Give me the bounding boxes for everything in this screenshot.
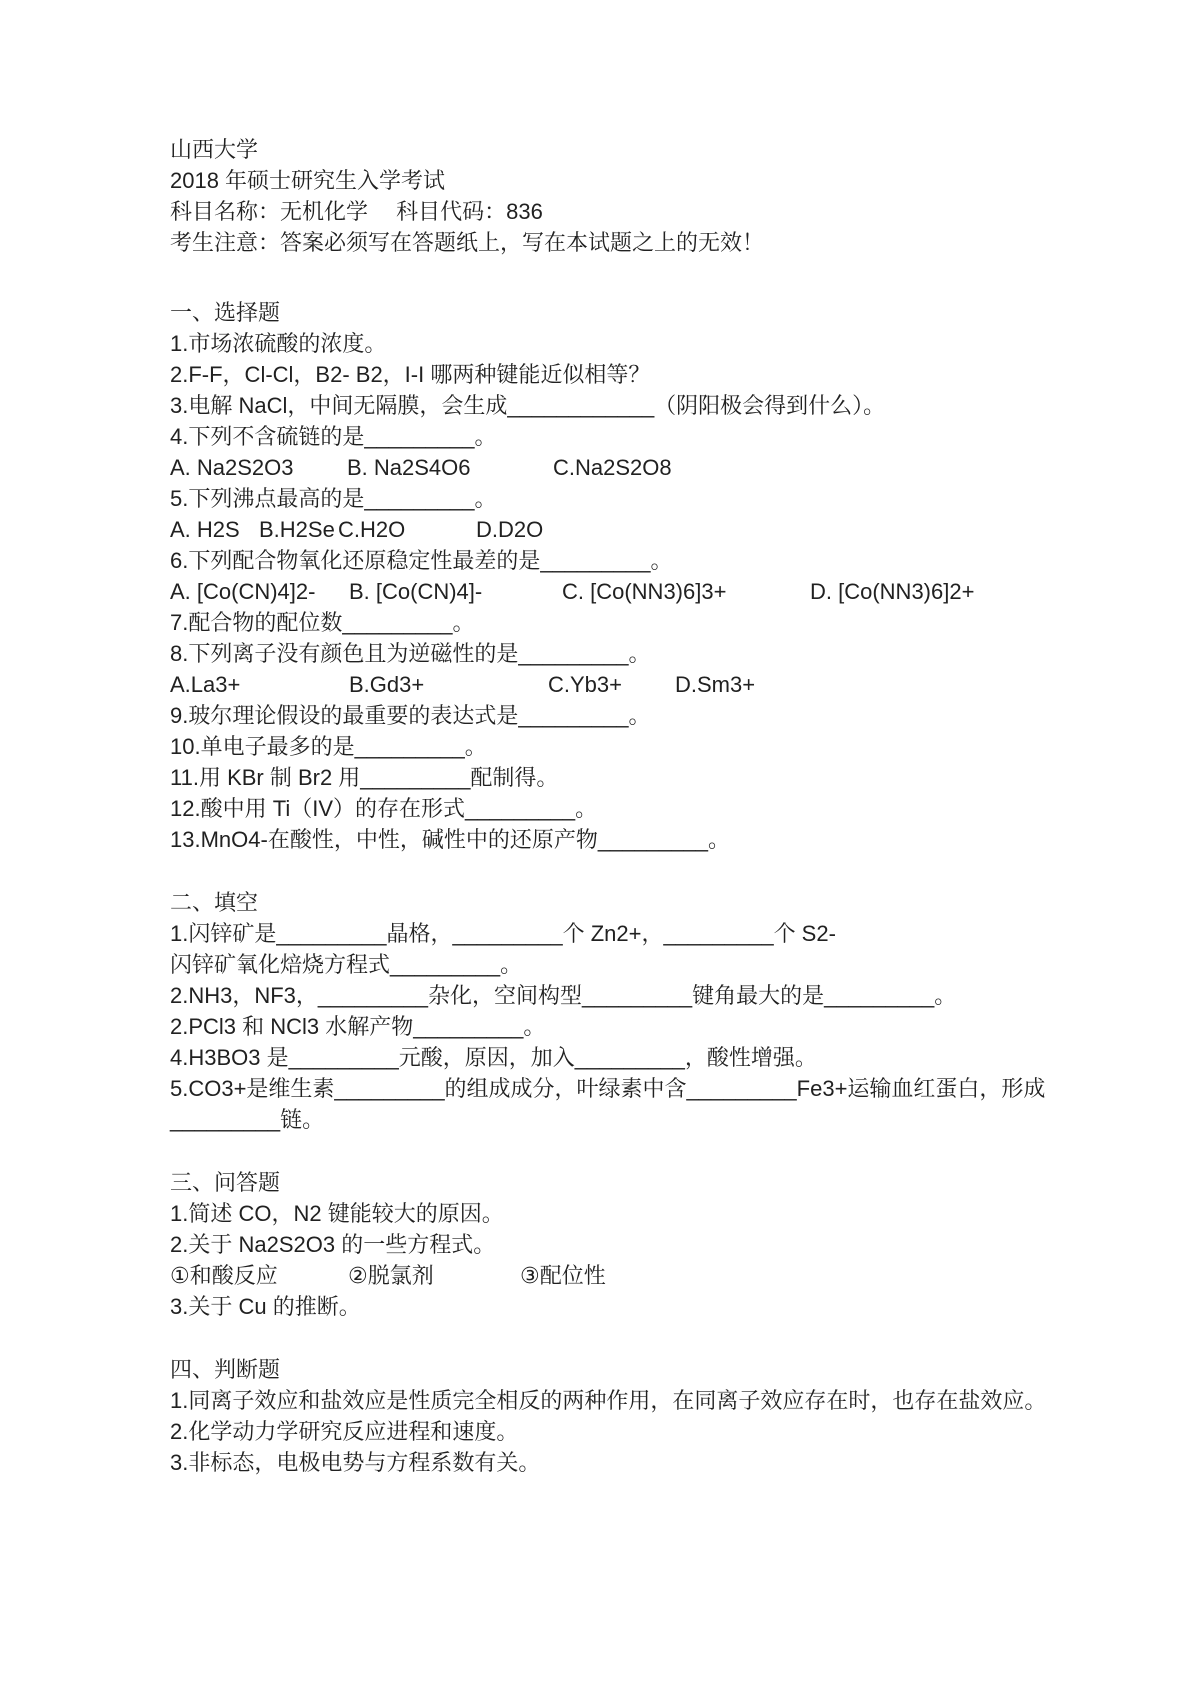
option-b: B. Na2S4O6 xyxy=(347,452,553,483)
s1-question-2: 2.F-F，Cl-Cl，B2- B2，I-I 哪两种键能近似相等？ xyxy=(170,359,1160,390)
s1-question-8-options: A.La3+B.Gd3+C.Yb3+D.Sm3+ xyxy=(170,669,1160,700)
section2-title: 二、填空 xyxy=(170,887,1160,918)
subject-name-and-code: 科目名称：无机化学 科目代码：836 xyxy=(170,196,1160,227)
section4-title: 四、判断题 xyxy=(170,1354,1160,1385)
option-b: B. [Co(CN)4]- xyxy=(349,576,562,607)
s1-question-6-options: A. [Co(CN)4]2-B. [Co(CN)4]-C. [Co(NN3)6]… xyxy=(170,576,1160,607)
s1-question-9: 9.玻尔理论假设的最重要的表达式是_________。 xyxy=(170,700,1160,731)
s2-question-5-line2: _________链。 xyxy=(170,1104,1160,1135)
option-b: B.H2Se xyxy=(259,514,338,545)
s3-question-2-subparts: ①和酸反应②脱氯剂③配位性 xyxy=(170,1260,1160,1291)
option-d: D. [Co(NN3)6]2+ xyxy=(810,576,974,607)
section1-title: 一、选择题 xyxy=(170,297,1160,328)
s2-question-1-line1: 1.闪锌矿是_________晶格，_________个 Zn2+，______… xyxy=(170,918,1160,949)
s4-question-2: 2.化学动力学研究反应进程和速度。 xyxy=(170,1416,1160,1447)
s1-question-12: 12.酸中用 Ti（IV）的存在形式_________。 xyxy=(170,793,1160,824)
s1-question-8: 8.下列离子没有颜色且为逆磁性的是_________。 xyxy=(170,638,1160,669)
option-a: A.La3+ xyxy=(170,669,349,700)
s1-question-1: 1.市场浓硫酸的浓度。 xyxy=(170,328,1160,359)
s1-question-13: 13.MnO4-在酸性，中性，碱性中的还原产物_________。 xyxy=(170,824,1160,855)
section3-title: 三、问答题 xyxy=(170,1167,1160,1198)
option-d: D.Sm3+ xyxy=(675,669,755,700)
candidate-notice: 考生注意：答案必须写在答题纸上，写在本试题之上的无效！ xyxy=(170,227,1160,258)
s1-question-7: 7.配合物的配位数_________。 xyxy=(170,607,1160,638)
s1-question-5-options: A. H2SB.H2SeC.H2OD.D2O xyxy=(170,514,1160,545)
option-a: A. [Co(CN)4]2- xyxy=(170,576,349,607)
s1-question-4-options: A. Na2S2O3B. Na2S4O6C.Na2S2O8 xyxy=(170,452,1160,483)
option-d: D.D2O xyxy=(476,514,543,545)
s1-question-3: 3.电解 NaCl，中间无隔膜，会生成____________（阴阳极会得到什么… xyxy=(170,390,1160,421)
exam-title: 2018 年硕士研究生入学考试 xyxy=(170,165,1160,196)
option-c: C.H2O xyxy=(338,514,476,545)
s2-question-1-line2: 闪锌矿氧化焙烧方程式_________。 xyxy=(170,949,1160,980)
s2-question-4: 4.H3BO3 是_________元酸，原因，加入_________，酸性增强… xyxy=(170,1042,1160,1073)
s1-question-10: 10.单电子最多的是_________。 xyxy=(170,731,1160,762)
option-c: C.Yb3+ xyxy=(548,669,675,700)
subpart-3: ③配位性 xyxy=(520,1260,606,1291)
option-c: C. [Co(NN3)6]3+ xyxy=(562,576,810,607)
s2-question-2: 2.NH3，NF3，_________杂化，空间构型_________键角最大的… xyxy=(170,980,1160,1011)
subpart-2: ②脱氯剂 xyxy=(348,1260,520,1291)
exam-document: 山西大学 2018 年硕士研究生入学考试 科目名称：无机化学 科目代码：836 … xyxy=(0,0,1190,1478)
option-a: A. H2S xyxy=(170,514,259,545)
option-c: C.Na2S2O8 xyxy=(553,452,672,483)
s4-question-3: 3.非标态，电极电势与方程系数有关。 xyxy=(170,1447,1160,1478)
university-name: 山西大学 xyxy=(170,134,1160,165)
s1-question-6: 6.下列配合物氧化还原稳定性最差的是_________。 xyxy=(170,545,1160,576)
s1-question-11: 11.用 KBr 制 Br2 用_________配制得。 xyxy=(170,762,1160,793)
option-b: B.Gd3+ xyxy=(349,669,548,700)
option-a: A. Na2S2O3 xyxy=(170,452,347,483)
s3-question-3: 3.关于 Cu 的推断。 xyxy=(170,1291,1160,1322)
s3-question-1: 1.简述 CO，N2 键能较大的原因。 xyxy=(170,1198,1160,1229)
exam-paper-page: 山西大学 2018 年硕士研究生入学考试 科目名称：无机化学 科目代码：836 … xyxy=(0,0,1190,1683)
s2-question-3: 2.PCl3 和 NCl3 水解产物_________。 xyxy=(170,1011,1160,1042)
s4-question-1: 1.同离子效应和盐效应是性质完全相反的两种作用，在同离子效应存在时，也存在盐效应… xyxy=(170,1385,1160,1416)
subpart-1: ①和酸反应 xyxy=(170,1260,348,1291)
s1-question-4: 4.下列不含硫链的是_________。 xyxy=(170,421,1160,452)
s2-question-5-line1: 5.CO3+是维生素_________的组成成分，叶绿素中含_________F… xyxy=(170,1073,1160,1104)
s1-question-5: 5.下列沸点最高的是_________。 xyxy=(170,483,1160,514)
s3-question-2: 2.关于 Na2S2O3 的一些方程式。 xyxy=(170,1229,1160,1260)
